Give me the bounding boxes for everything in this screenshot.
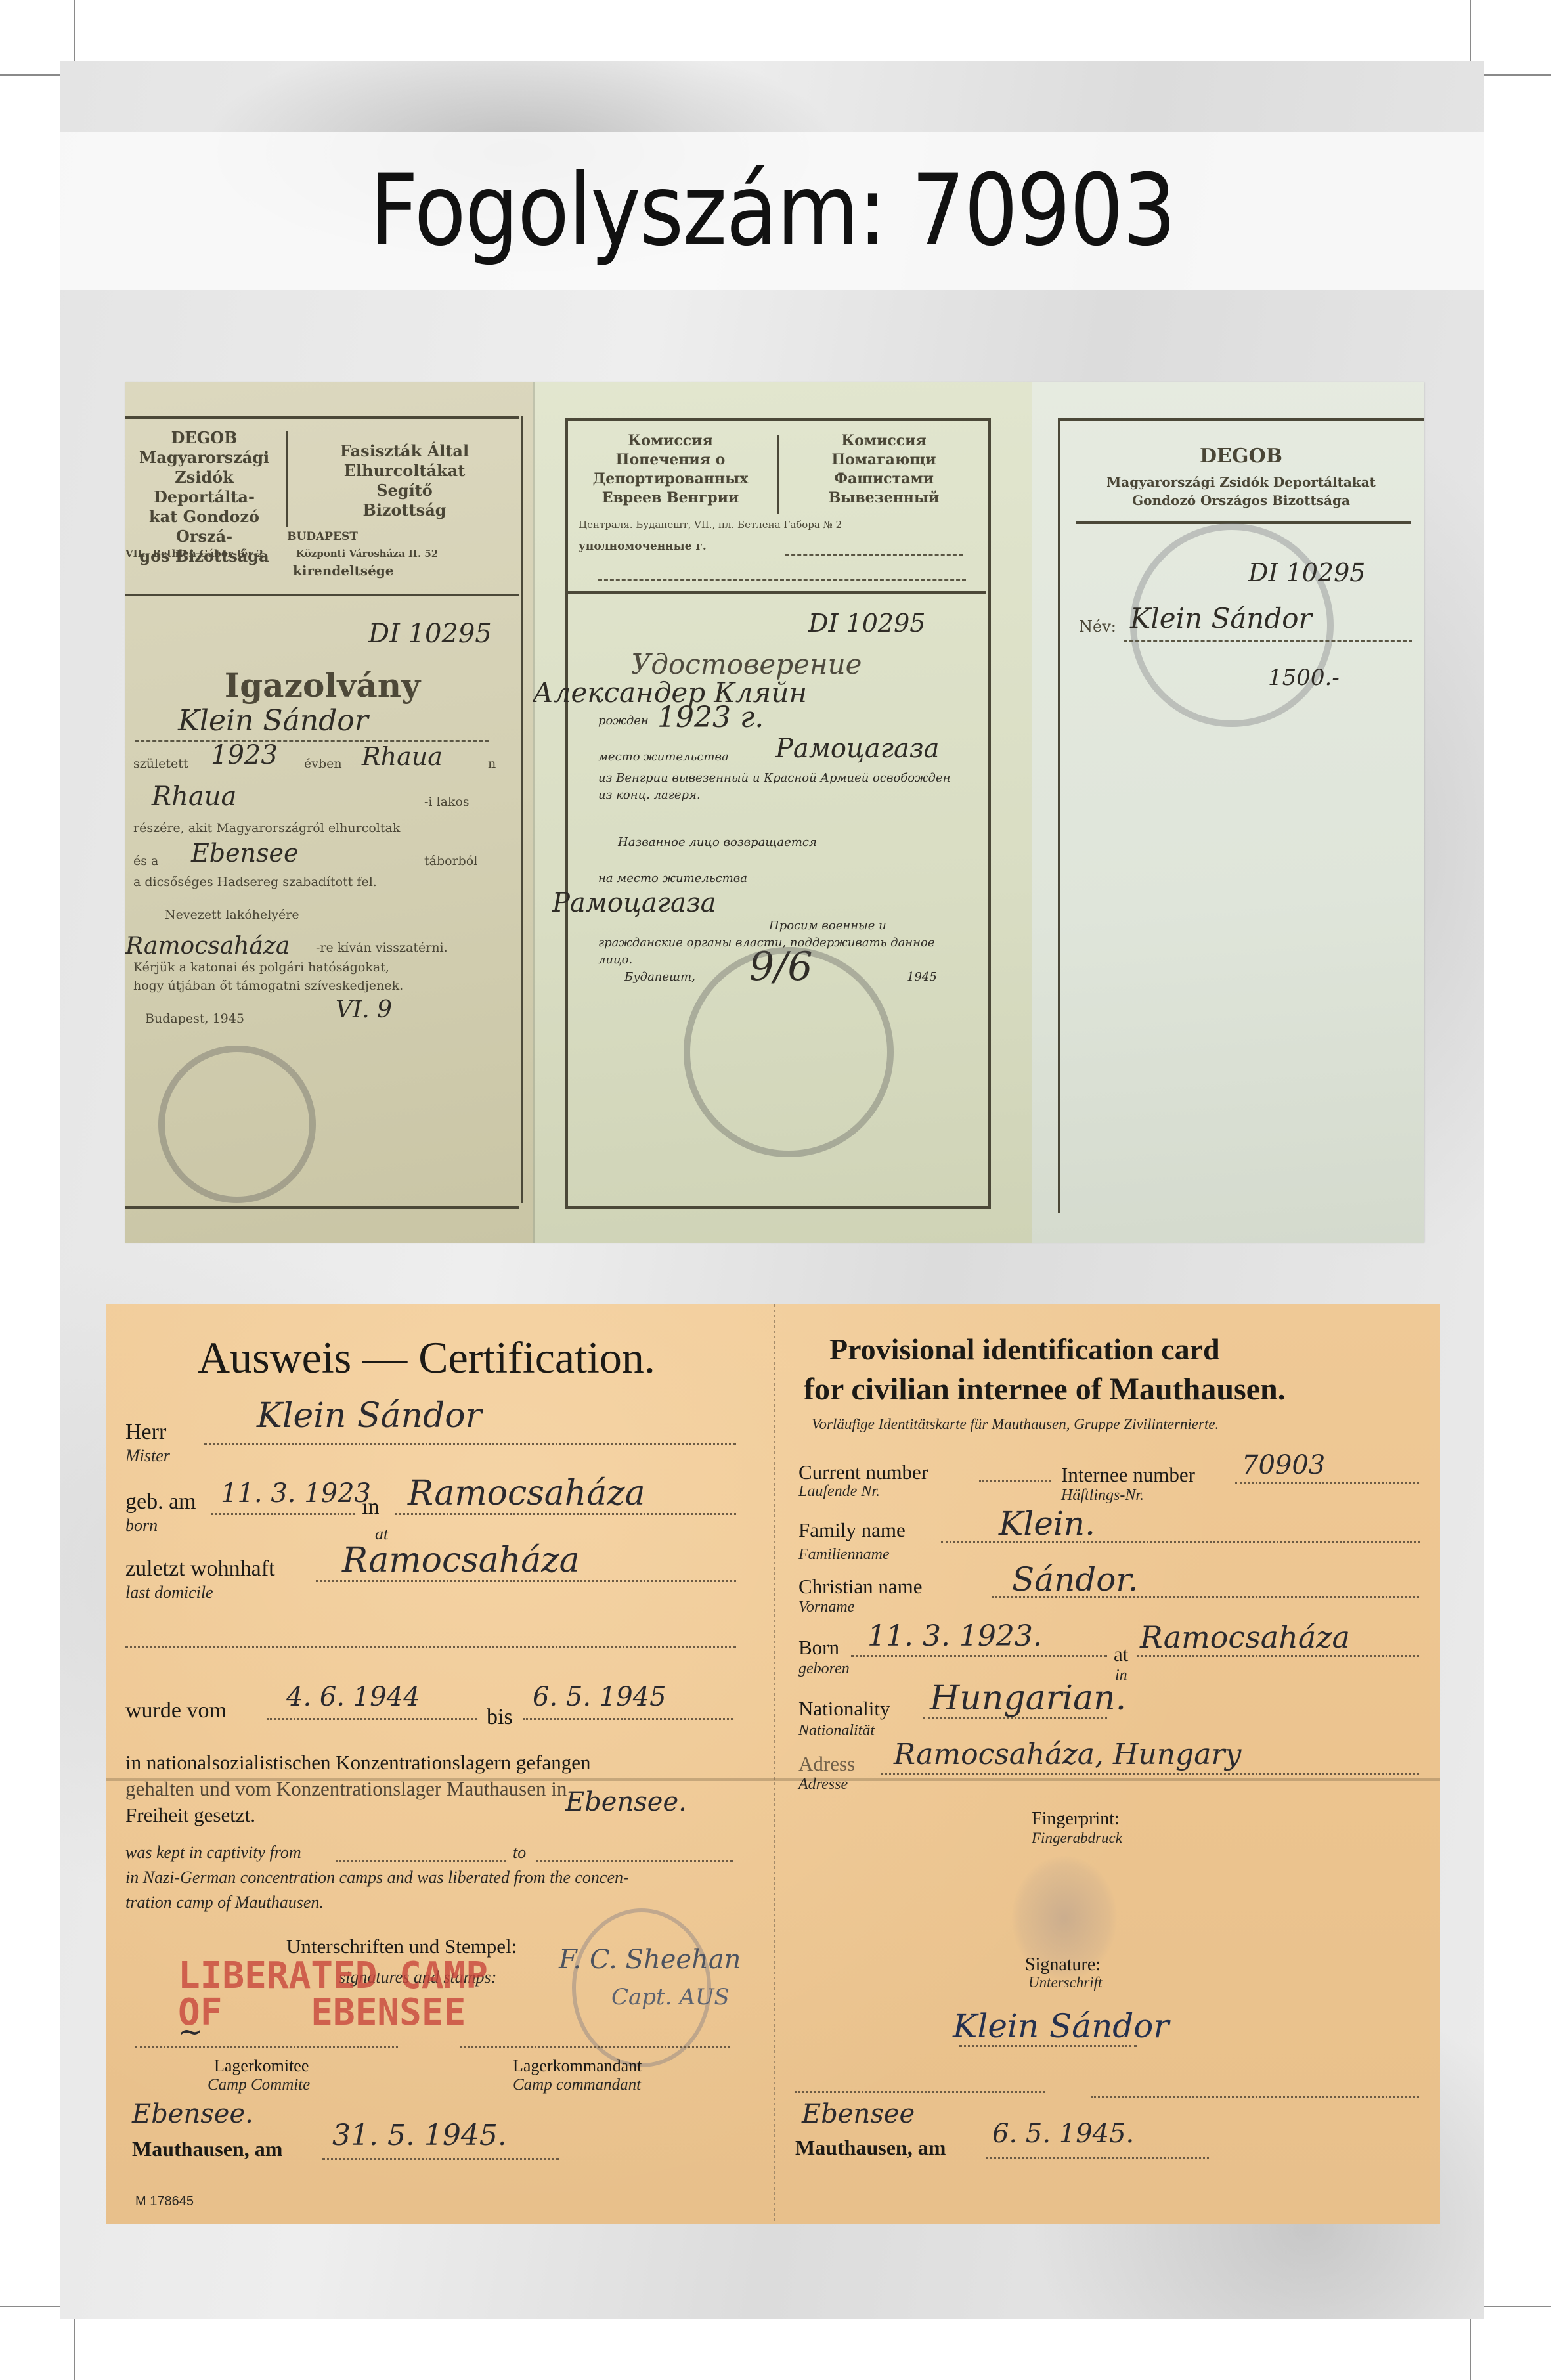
rule [125, 594, 519, 596]
camp-suffix: táborból [424, 854, 477, 868]
address-left: VII., Bethlen Gábor-tér 2 [125, 548, 263, 560]
stamp [158, 1046, 316, 1203]
born-label: рожден [598, 714, 649, 728]
birth-date-handwritten: 11. 3. 1923 [221, 1478, 371, 1509]
german-text: in nationalsozialistischen Konzentration… [125, 1751, 590, 1774]
resident-place: Rhaua [152, 782, 236, 812]
returns-place-label: на место жительства [598, 871, 747, 885]
christian-name-handwritten: Sándor. [1012, 1560, 1139, 1598]
english-text: was kept in captivity from [125, 1843, 301, 1862]
family-name-handwritten: Klein. [999, 1505, 1095, 1543]
label-nationalitaet: Nationalität [798, 1722, 875, 1740]
english-text: in Nazi-German concentration camps and w… [125, 1868, 629, 1887]
commandant-label-en: Camp commandant [513, 2076, 641, 2094]
file-number: DI 10295 [368, 619, 492, 649]
divider [777, 435, 779, 514]
issue-place-handwritten: Ebensee. [132, 2099, 253, 2129]
domicile-handwritten: Ramocsaháza [342, 1541, 580, 1580]
rule [125, 1206, 519, 1209]
captivity-from-handwritten: 4. 6. 1944 [286, 1682, 420, 1712]
issue-place-handwritten: Ebensee [802, 2099, 915, 2129]
crop-mark [1470, 0, 1471, 61]
crop-mark [0, 2306, 60, 2307]
org-left: DEGOB Magyarországi Zsidók Deportálta- k… [125, 428, 283, 566]
name-handwritten: Klein Sándor [178, 704, 368, 738]
rule [565, 591, 986, 594]
english-text: tration camp of Mauthausen. [125, 1893, 324, 1912]
branch: kirendeltsége [293, 563, 394, 579]
crop-mark [74, 2319, 75, 2380]
label-adresse: Adresse [798, 1776, 848, 1794]
officer-rank: Capt. AUS [611, 1984, 730, 2010]
label-born: born [125, 1516, 158, 1535]
mauthausen-am-label: Mauthausen, am [795, 2136, 946, 2160]
org-right: Комиссия Помагающи Фашистами Вывезенный [785, 431, 982, 508]
commandant-label: Lagerkommandant [513, 2056, 642, 2076]
ausweis-title: Ausweis — Certification. [198, 1332, 655, 1384]
address: Централя. Будапешт, VII., пл. Бетлена Га… [579, 519, 842, 531]
and-the: és a [133, 854, 158, 868]
request-line: hogy útjában őt támogatni szíveskedjenek… [133, 979, 403, 993]
label-zuletzt: zuletzt wohnhaft [125, 1556, 275, 1581]
address-right: Központi Városháza II. 52 [296, 548, 438, 560]
nationality-handwritten: Hungarian. [930, 1679, 1126, 1718]
label-geboren: geboren [798, 1660, 850, 1678]
internee-signature: Klein Sándor [953, 2007, 1169, 2045]
fold [774, 1304, 775, 2224]
page-title: Fogolyszám: 70903 [370, 162, 1175, 260]
year-label: évben [304, 757, 342, 771]
russian-certificate: Комиссия Попечения о Депортированных Евр… [533, 382, 1032, 1243]
rule [521, 416, 523, 1203]
certificate-heading: Igazolvány [125, 666, 519, 705]
rule [125, 416, 519, 419]
signature-label: Signature: [1025, 1954, 1101, 1975]
form-number: M 178645 [135, 2194, 194, 2209]
label-haeftlings: Häftlings-Nr. [1061, 1487, 1144, 1505]
degob-card: DEGOB Magyarországi Zsidók Deportáltakat… [1032, 382, 1424, 1243]
title-band: Fogolyszám: 70903 [60, 132, 1484, 290]
label-familienname: Familienname [798, 1546, 890, 1564]
hungarian-certificate: DEGOB Magyarországi Zsidók Deportálta- k… [125, 382, 533, 1243]
birth-place-handwritten: Ramocsaháza [408, 1474, 645, 1513]
budapest-documents-photo: DEGOB Magyarországi Zsidók Deportálta- k… [125, 382, 1424, 1243]
label-wurde-vom: wurde vom [125, 1698, 227, 1723]
org-line: Magyarországi Zsidók Deportáltakat [1058, 474, 1424, 490]
resident-label: -i lakos [424, 795, 470, 809]
fingerprint-label: Fingerprint: [1032, 1809, 1120, 1830]
label-family-name: Family name [798, 1518, 906, 1542]
crop-mark [74, 0, 75, 61]
committee-label-en: Camp Commite [208, 2076, 310, 2094]
year: 1945 [907, 970, 937, 984]
born-place-handwritten: Ramocsaháza [1140, 1620, 1350, 1655]
label-born: Born [798, 1636, 839, 1660]
label-herr: Herr [125, 1420, 166, 1445]
born-year: 1923 [211, 740, 278, 770]
officer-signature: F. C. Sheehan [559, 1945, 741, 1975]
crop-mark [1484, 74, 1551, 76]
divider [286, 431, 288, 527]
born-label: született [133, 757, 188, 771]
file-number: DI 10295 [1248, 558, 1365, 587]
label-laufende: Laufende Nr. [798, 1483, 880, 1501]
born-handwritten: 1923 г. [657, 701, 764, 734]
date-label: Будапешт, [624, 970, 695, 984]
residence-handwritten: Рамоцагаза [775, 734, 940, 764]
address-handwritten: Ramocsaháza, Hungary [894, 1738, 1241, 1771]
org-left: Комиссия Попечения о Депортированных Евр… [572, 431, 769, 508]
name-handwritten: Klein Sándor [1130, 602, 1312, 634]
org-name: DEGOB [1058, 445, 1424, 468]
label-vorname: Vorname [798, 1598, 854, 1616]
label-nationality: Nationality [798, 1697, 890, 1721]
authorized-label: уполномоченные г. [579, 540, 707, 553]
committee-signature: ~ [178, 2014, 204, 2049]
amount-handwritten: 1500.- [1268, 665, 1340, 691]
label-bis: bis [487, 1705, 513, 1730]
returns-label: Названное лицо возвращается [618, 835, 817, 849]
body-line: a dicsőséges Hadsereg szabadított fel. [133, 875, 377, 889]
german-text: Freiheit gesetzt. [125, 1803, 255, 1827]
date-handwritten: VI. 9 [336, 996, 392, 1023]
fingerabdruck-label: Fingerabdruck [1032, 1830, 1122, 1847]
label-internee-number: Internee number [1061, 1463, 1195, 1487]
place-suffix: n [488, 757, 496, 771]
liberated-at-handwritten: Ebensee. [565, 1787, 687, 1817]
crop-mark [0, 74, 60, 76]
english-text: to [513, 1843, 526, 1862]
return-suffix: -re kíván visszatérni. [316, 940, 448, 955]
request-line: Kérjük a katonai és polgári hatóságokat, [133, 960, 389, 975]
name-label: Név: [1079, 617, 1116, 636]
unterschrift-label: Unterschrift [1028, 1974, 1102, 1991]
mauthausen-card: Ausweis — Certification. Herr Mister Kle… [106, 1304, 1440, 2224]
liberated-camp-stamp: LIBERATED CAMP OF EBENSEE [178, 1958, 488, 2031]
born-handwritten: 11. 3. 1923. [867, 1620, 1042, 1653]
return-place: Ramocsaháza [125, 933, 290, 959]
label-christian-name: Christian name [798, 1575, 923, 1598]
internee-number-handwritten: 70903 [1242, 1450, 1325, 1480]
captivity-to-handwritten: 6. 5. 1945 [533, 1682, 666, 1712]
residence-label: место жительства [598, 750, 729, 764]
org-right: Fasiszták Által Elhurcoltákat Segítő Biz… [293, 441, 516, 520]
label-mister: Mister [125, 1446, 170, 1466]
return-label: Nevezett lakóhelyére [165, 908, 299, 922]
label-address: Adress [798, 1752, 855, 1776]
rule [1058, 418, 1424, 421]
issue-date-handwritten: 6. 5. 1945. [992, 2119, 1134, 2149]
city: BUDAPEST [125, 530, 519, 543]
german-text: gehalten und vom Konzentrationslager Mau… [125, 1777, 567, 1801]
committee-label: Lagerkomitee [214, 2056, 309, 2076]
body-line: részére, akit Magyarországról elhurcolta… [133, 821, 400, 835]
file-number: DI 10295 [808, 609, 925, 638]
label-geb-am: geb. am [125, 1489, 196, 1514]
body-text: из Венгрии вывезенный и Красной Армией о… [598, 770, 953, 804]
label-at: at [1114, 1642, 1128, 1666]
crop-mark [1484, 2306, 1551, 2307]
name-handwritten: Klein Sándor [257, 1396, 481, 1436]
label-current-number: Current number [798, 1461, 928, 1484]
born-place: Rhaua [362, 742, 443, 771]
date-label: Budapest, 1945 [145, 1011, 244, 1026]
stamp [684, 947, 894, 1157]
fold [533, 382, 535, 1243]
camp-name: Ebensee [191, 839, 299, 868]
mauthausen-am-label: Mauthausen, am [132, 2137, 282, 2161]
rule [1058, 418, 1060, 1213]
crop-mark [1470, 2319, 1471, 2380]
issue-date-handwritten: 31. 5. 1945. [332, 2119, 507, 2152]
org-line: Gondozó Országos Bizottsága [1058, 493, 1424, 508]
label-last-domicile: last domicile [125, 1583, 213, 1602]
id-card-title: for civilian internee of Mauthausen. [804, 1371, 1286, 1407]
returns-handwritten: Рамоцагаза [552, 888, 716, 918]
id-card-title: Provisional identification card [829, 1332, 1220, 1367]
label-in: in [362, 1495, 379, 1520]
certificate-heading: Удостоверение [631, 648, 862, 680]
id-card-subtitle: Vorläufige Identitätskarte für Mauthause… [812, 1416, 1219, 1433]
